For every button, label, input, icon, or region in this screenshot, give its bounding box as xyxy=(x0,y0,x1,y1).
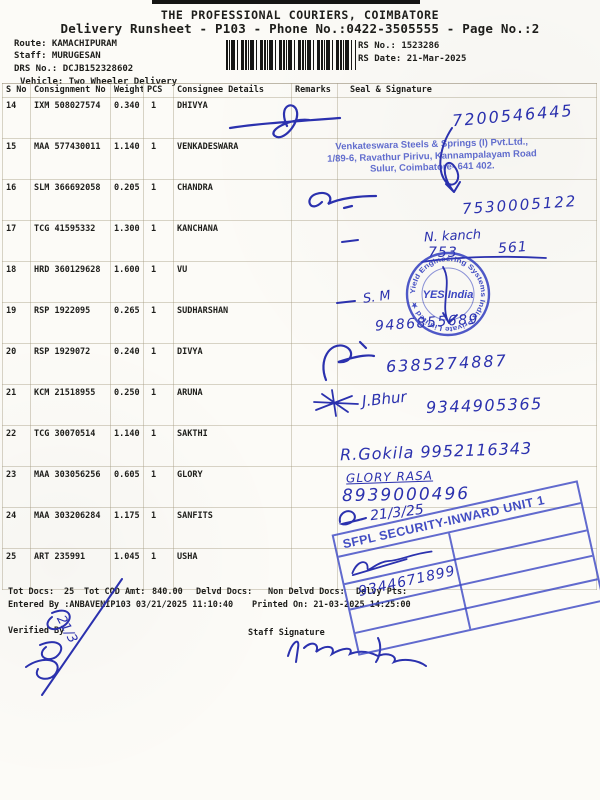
cell-consignee: KANCHANA xyxy=(174,221,292,262)
cell-sno: 21 xyxy=(3,385,31,426)
cell-weight: 0.240 xyxy=(111,344,144,385)
cell-remarks xyxy=(292,426,338,467)
cell-sno: 15 xyxy=(3,139,31,180)
yes-india-round-stamp: Yield Engineering Systems India Private … xyxy=(403,249,493,339)
handwritten-phone: 9344905365 xyxy=(426,394,543,417)
delvd-docs-label: Delvd Docs: xyxy=(196,587,252,597)
cell-consignee: DIVYA xyxy=(174,344,292,385)
col-consignment: Consignment No xyxy=(31,84,111,98)
cell-consignee: USHA xyxy=(174,549,292,590)
cell-sno: 23 xyxy=(3,467,31,508)
cell-pcs: 1 xyxy=(144,467,174,508)
cell-consignee: ARUNA xyxy=(174,385,292,426)
stamp-grid-line xyxy=(448,533,471,629)
cell-remarks xyxy=(292,549,338,590)
cell-consignment: MAA 577430011 xyxy=(31,139,111,180)
cell-remarks xyxy=(292,467,338,508)
cell-consignee: CHANDRA xyxy=(174,180,292,221)
cell-sno: 17 xyxy=(3,221,31,262)
cell-weight: 0.605 xyxy=(111,467,144,508)
cell-consignment: TCG 30070514 xyxy=(31,426,111,467)
cell-pcs: 1 xyxy=(144,303,174,344)
cell-pcs: 1 xyxy=(144,426,174,467)
cell-consignment: HRD 360129628 xyxy=(31,262,111,303)
drs-no-field: DRS No.: DCJB152328602 xyxy=(14,64,133,74)
round-stamp-center-text: YES India xyxy=(423,289,474,301)
col-consignee: Consignee Details xyxy=(174,84,292,98)
cell-pcs: 1 xyxy=(144,508,174,549)
cell-consignee: VU xyxy=(174,262,292,303)
tot-cod-value: 840.00 xyxy=(152,587,183,597)
cell-remarks xyxy=(292,508,338,549)
cell-weight: 1.600 xyxy=(111,262,144,303)
cell-weight: 1.300 xyxy=(111,221,144,262)
route-field: Route: KAMACHIPURAM xyxy=(14,39,117,49)
cell-pcs: 1 xyxy=(144,385,174,426)
cell-consignee: SAKTHI xyxy=(174,426,292,467)
cell-sno: 24 xyxy=(3,508,31,549)
cell-pcs: 1 xyxy=(144,221,174,262)
cell-sno: 19 xyxy=(3,303,31,344)
cell-pcs: 1 xyxy=(144,180,174,221)
cell-pcs: 1 xyxy=(144,98,174,139)
cell-pcs: 1 xyxy=(144,139,174,180)
company-name: THE PROFESSIONAL COURIERS, COIMBATORE xyxy=(0,8,600,22)
handwritten-name: N. kanch xyxy=(424,228,482,246)
rs-no-field: RS No.: 1523286 xyxy=(358,41,439,51)
ink-dash xyxy=(340,236,410,246)
non-delvd-docs-label: Non Delvd Docs: xyxy=(268,587,345,597)
ink-dash xyxy=(335,297,360,307)
page-title: Delivery Runsheet - P103 - Phone No.:042… xyxy=(0,21,600,36)
cell-pcs: 1 xyxy=(144,549,174,590)
cell-sno: 20 xyxy=(3,344,31,385)
cell-consignment: KCM 21518955 xyxy=(31,385,111,426)
cell-consignment: MAA 303206284 xyxy=(31,508,111,549)
cell-remarks xyxy=(292,221,338,262)
runsheet-barcode xyxy=(226,40,356,70)
cell-consignment: TCG 41595332 xyxy=(31,221,111,262)
cell-pcs: 1 xyxy=(144,262,174,303)
table-row: 19 RSP 1922095 0.265 1 SUDHARSHAN xyxy=(3,303,597,344)
col-remarks: Remarks xyxy=(292,84,338,98)
cell-consignment: RSP 1929072 xyxy=(31,344,111,385)
cell-sno: 18 xyxy=(3,262,31,303)
cell-consignment: IXM 508027574 xyxy=(31,98,111,139)
cell-weight: 1.140 xyxy=(111,139,144,180)
cell-remarks xyxy=(292,303,338,344)
signature-scribble xyxy=(336,506,368,528)
col-seal-signature: Seal & Signature xyxy=(338,84,597,98)
signature-scribble xyxy=(300,188,380,216)
col-weight: Weight xyxy=(111,84,144,98)
signature-scribble xyxy=(316,340,378,384)
cell-consignee: SANFITS xyxy=(174,508,292,549)
cell-consignment: SLM 366692058 xyxy=(31,180,111,221)
signature-scribble xyxy=(424,126,479,198)
cell-consignee: GLORY xyxy=(174,467,292,508)
table-row: 18 HRD 360129628 1.600 1 VU xyxy=(3,262,597,303)
runsheet-document: THE PROFESSIONAL COURIERS, COIMBATORE De… xyxy=(0,0,600,800)
cell-consignment: RSP 1922095 xyxy=(31,303,111,344)
cell-sno: 14 xyxy=(3,98,31,139)
staff-field: Staff: MURUGESAN xyxy=(14,51,101,61)
col-sno: S No xyxy=(3,84,31,98)
cell-sno: 22 xyxy=(3,426,31,467)
signature-scribble xyxy=(225,98,345,148)
rs-date-field: RS Date: 21-Mar-2025 xyxy=(358,54,466,64)
cell-weight: 0.265 xyxy=(111,303,144,344)
col-pcs: PCS xyxy=(144,84,174,98)
cell-weight: 0.205 xyxy=(111,180,144,221)
cell-pcs: 1 xyxy=(144,344,174,385)
signature-scribble xyxy=(312,388,362,418)
cell-remarks xyxy=(292,262,338,303)
cell-weight: 0.250 xyxy=(111,385,144,426)
cell-consignment: MAA 303056256 xyxy=(31,467,111,508)
cell-sno: 16 xyxy=(3,180,31,221)
table-header-row: S No Consignment No Weight PCS Consignee… xyxy=(3,84,597,98)
cell-weight: 1.140 xyxy=(111,426,144,467)
cell-consignee: SUDHARSHAN xyxy=(174,303,292,344)
scan-edge-artifact xyxy=(152,0,420,4)
cell-weight: 1.175 xyxy=(111,508,144,549)
cell-weight: 0.340 xyxy=(111,98,144,139)
